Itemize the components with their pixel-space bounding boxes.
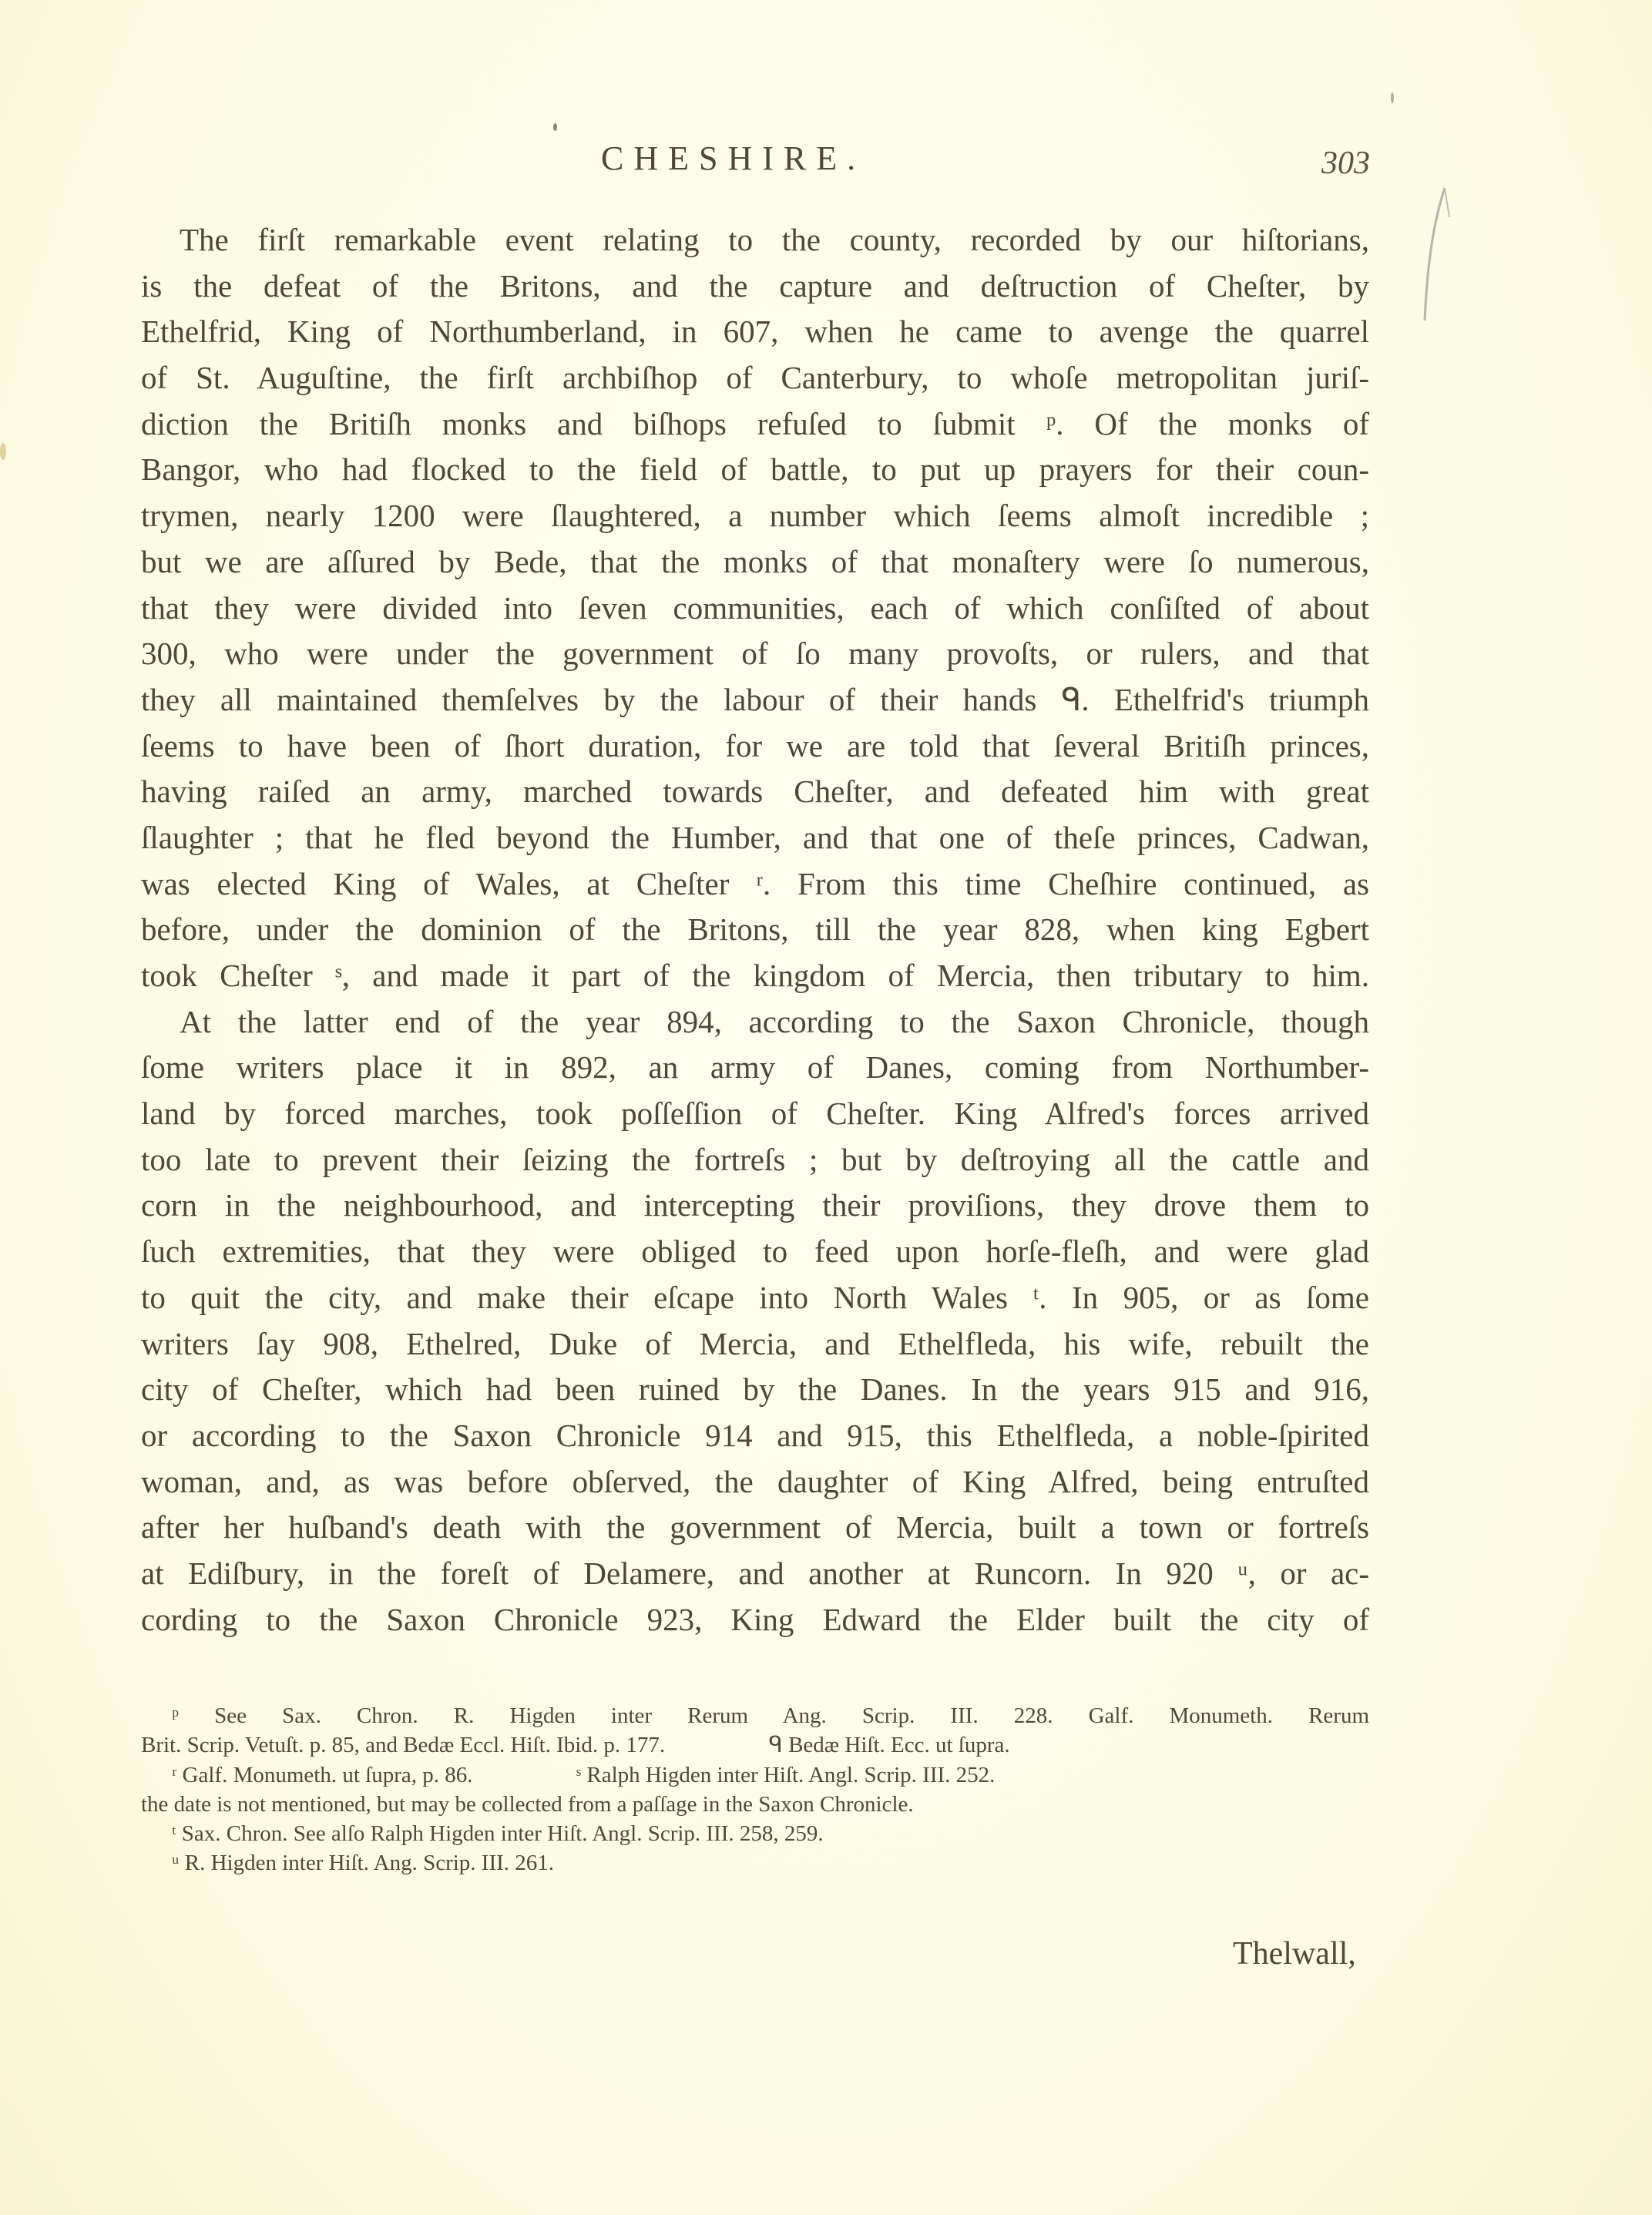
footnote-r: ʳ Galf. Monumeth. ut ſupra, p. 86. — [172, 1763, 473, 1787]
paper-speck — [553, 123, 557, 131]
text-line: cording to the Saxon Chronicle 923, King… — [141, 1597, 1369, 1643]
footnote-line: ᵖ See Sax. Chron. R. Higden inter Rerum … — [141, 1701, 1369, 1730]
footnote-q: ᑫ Bedæ Hiſt. Ecc. ut ſupra. — [769, 1733, 1010, 1757]
text-line: too late to prevent their ſeizing the fo… — [141, 1137, 1369, 1183]
footnote-text: Brit. Scrip. Vetuſt. p. 85, and Bedæ Ecc… — [141, 1733, 665, 1757]
text-line: land by forced marches, took poſſeſſion … — [141, 1091, 1369, 1137]
text-line: At the latter end of the year 894, accor… — [141, 999, 1369, 1045]
text-line: before, under the dominion of the Briton… — [141, 907, 1369, 953]
text-line: ſlaughter ; that he fled beyond the Humb… — [141, 815, 1369, 861]
text-line: The firſt remarkable event relating to t… — [141, 217, 1369, 263]
paper-stain — [0, 443, 6, 460]
text-line: city of Cheſter, which had been ruined b… — [141, 1367, 1369, 1413]
page-number: 303 — [1321, 145, 1370, 182]
text-line: of St. Auguſtine, the firſt archbiſhop o… — [141, 355, 1369, 401]
text-line: was elected King of Wales, at Cheſter ʳ.… — [141, 861, 1369, 908]
text-line: but we are aſſured by Bede, that the mon… — [141, 539, 1369, 586]
text-line: is the defeat of the Britons, and the ca… — [141, 263, 1369, 310]
footnote-line: the date is not mentioned, but may be co… — [141, 1790, 1369, 1819]
text-line: trymen, nearly 1200 were ſlaughtered, a … — [141, 493, 1369, 539]
pencil-margin-mark-icon — [1422, 185, 1452, 324]
body-text: The firſt remarkable event relating to t… — [141, 217, 1369, 1643]
footnote-s: ˢ Ralph Higden inter Hiſt. Angl. Scrip. … — [576, 1763, 995, 1787]
text-line: having raiſed an army, marched towards C… — [141, 769, 1369, 815]
footnote-line: ʳ Galf. Monumeth. ut ſupra, p. 86. ˢ Ral… — [141, 1760, 1369, 1790]
text-line: Bangor, who had flocked to the field of … — [141, 447, 1369, 493]
text-line: corn in the neighbourhood, and intercept… — [141, 1183, 1369, 1229]
text-line: 300, who were under the government of ſo… — [141, 631, 1369, 677]
text-line: after her huſband's death with the gover… — [141, 1505, 1369, 1551]
footnote-line: Brit. Scrip. Vetuſt. p. 85, and Bedæ Ecc… — [141, 1730, 1369, 1760]
running-title: CHESHIRE. — [601, 139, 865, 178]
catchword: Thelwall, — [1233, 1935, 1356, 1972]
text-line: ſuch extremities, that they were obliged… — [141, 1229, 1369, 1275]
text-line: to quit the city, and make their eſcape … — [141, 1275, 1369, 1321]
text-line: woman, and, as was before obſerved, the … — [141, 1459, 1369, 1505]
text-line: writers ſay 908, Ethelred, Duke of Merci… — [141, 1321, 1369, 1368]
text-line: ſeems to have been of ſhort duration, fo… — [141, 723, 1369, 770]
text-line: took Cheſter ˢ, and made it part of the … — [141, 953, 1369, 999]
footnotes: ᵖ See Sax. Chron. R. Higden inter Rerum … — [141, 1701, 1369, 1878]
text-line: or according to the Saxon Chronicle 914 … — [141, 1413, 1369, 1459]
footnote-line: ᵗ Sax. Chron. See alſo Ralph Higden inte… — [141, 1819, 1369, 1848]
text-line: diction the Britiſh monks and biſhops re… — [141, 401, 1369, 448]
book-page: CHESHIRE. 303 The firſt remarkable event… — [0, 0, 1652, 2215]
footnote-line: ᵘ R. Higden inter Hiſt. Ang. Scrip. III.… — [141, 1848, 1369, 1878]
paper-speck — [1391, 92, 1394, 103]
text-line: they all maintained themſelves by the la… — [141, 677, 1369, 723]
text-line: Ethelfrid, King of Northumberland, in 60… — [141, 309, 1369, 355]
text-line: ſome writers place it in 892, an army of… — [141, 1045, 1369, 1091]
text-line: at Ediſbury, in the foreſt of Delamere, … — [141, 1551, 1369, 1597]
text-line: that they were divided into ſeven commun… — [141, 586, 1369, 632]
